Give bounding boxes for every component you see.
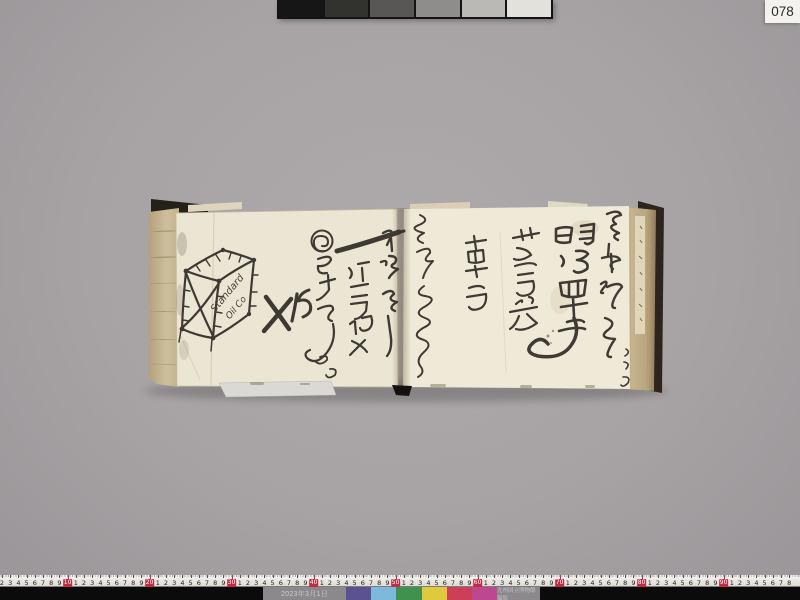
ruler-number: 8	[459, 579, 463, 587]
ruler-number: 9	[303, 579, 307, 587]
ruler-tick	[609, 575, 610, 578]
ruler-number: 8	[787, 579, 791, 587]
ruler-tick	[387, 575, 388, 578]
ruler-number: 8	[295, 579, 299, 587]
ruler-number: 2	[246, 579, 250, 587]
ruler-tick	[715, 575, 716, 578]
ruler-number: 6	[443, 579, 447, 587]
ruler-tick	[174, 575, 175, 578]
ruler-tick	[666, 575, 667, 578]
ruler-number: 4	[180, 579, 184, 587]
right-page	[403, 206, 630, 389]
ruler-number: 9	[467, 579, 471, 587]
ruler-tick	[486, 575, 487, 578]
protruding-slip	[219, 381, 336, 397]
top-sliver-left	[188, 202, 242, 212]
ruler-tick	[617, 575, 618, 578]
ruler-number: 9	[713, 579, 717, 587]
ruler-tick	[437, 575, 438, 578]
ruler-number: 3	[336, 579, 340, 587]
ruler-decade-number: 60	[473, 579, 483, 587]
ruler-tick	[158, 575, 159, 578]
ruler-tick	[346, 575, 347, 578]
ruler-tick	[43, 575, 44, 578]
ruler-tick	[215, 575, 216, 578]
ruler-number: 7	[205, 579, 209, 587]
ruler-number: 9	[631, 579, 635, 587]
ruler-number: 4	[754, 579, 758, 587]
ruler-tick	[273, 575, 274, 578]
ruler-tick	[773, 575, 774, 578]
ruler-tick	[543, 575, 544, 578]
ruler-number: 7	[41, 579, 45, 587]
ruler-tick	[281, 575, 282, 578]
ruler-tick	[404, 575, 405, 578]
color-patch	[472, 587, 497, 600]
inserted-slip-edge	[635, 216, 645, 334]
ruler-tick	[289, 575, 290, 578]
ruler-number: 7	[369, 579, 373, 587]
ruler-number: 9	[221, 579, 225, 587]
ruler-decade-number: 90	[719, 579, 729, 587]
ruler-number: 3	[582, 579, 586, 587]
ruler-number: 2	[738, 579, 742, 587]
ruler-number: 8	[213, 579, 217, 587]
ruler-tick	[207, 575, 208, 578]
ruler-tick	[601, 575, 602, 578]
ruler-number: 6	[689, 579, 693, 587]
ruler-tick	[691, 575, 692, 578]
ruler-number: 1	[648, 579, 652, 587]
ruler-number: 9	[549, 579, 553, 587]
ruler-number: 5	[271, 579, 275, 587]
ruler-tick	[551, 575, 552, 578]
ruler-tick	[338, 575, 339, 578]
ruler-tick	[240, 575, 241, 578]
ruler-number: 2	[328, 579, 332, 587]
ruler-tick	[740, 575, 741, 578]
ruler-tick	[18, 575, 19, 578]
ruler-tick	[199, 575, 200, 578]
ruler-tick	[576, 575, 577, 578]
ruler-number: 3	[664, 579, 668, 587]
ruler-number: 6	[361, 579, 365, 587]
ruler-tick	[461, 575, 462, 578]
ruler-number: 4	[344, 579, 348, 587]
ruler-number: 1	[566, 579, 570, 587]
ruler-tick	[363, 575, 364, 578]
ruler-tick	[650, 575, 651, 578]
ruler-number: 4	[590, 579, 594, 587]
ruler-number: 8	[131, 579, 135, 587]
ruler-number: 2	[164, 579, 168, 587]
ruler-number: 7	[287, 579, 291, 587]
ruler-number: 6	[33, 579, 37, 587]
ruler-number: 7	[615, 579, 619, 587]
ruler-number: 6	[197, 579, 201, 587]
ruler-number: 3	[8, 579, 12, 587]
ruler-number: 2	[492, 579, 496, 587]
ruler-number: 9	[139, 579, 143, 587]
ruler-tick	[781, 575, 782, 578]
book-photo: Standard Oil Co	[0, 0, 800, 600]
color-patch	[396, 587, 421, 600]
ruler-tick	[223, 575, 224, 578]
ruler-tick	[527, 575, 528, 578]
ruler-number: 9	[385, 579, 389, 587]
ruler-number: 7	[779, 579, 783, 587]
ruler-number: 8	[49, 579, 53, 587]
ruler-number: 1	[238, 579, 242, 587]
ruler-tick	[322, 575, 323, 578]
ruler-tick	[453, 575, 454, 578]
ruler-tick	[133, 575, 134, 578]
ruler-number: 1	[402, 579, 406, 587]
ruler-number: 3	[418, 579, 422, 587]
ruler-number: 4	[672, 579, 676, 587]
scale-ruler: 2345678910123456789201234567893012345678…	[0, 575, 800, 587]
ruler-number: 9	[57, 579, 61, 587]
ruler-number: 3	[172, 579, 176, 587]
ruler-number: 5	[107, 579, 111, 587]
ruler-tick	[256, 575, 257, 578]
ruler-tick	[674, 575, 675, 578]
ruler-tick	[92, 575, 93, 578]
ruler-mm-ticks	[0, 575, 800, 577]
ruler-number: 2	[574, 579, 578, 587]
ruler-number: 6	[771, 579, 775, 587]
ruler-decade-number: 10	[63, 579, 73, 587]
ruler-tick	[502, 575, 503, 578]
ruler-tick	[379, 575, 380, 578]
ruler-tick	[428, 575, 429, 578]
ruler-tick	[756, 575, 757, 578]
ruler-number: 5	[25, 579, 29, 587]
ruler-number: 8	[377, 579, 381, 587]
ruler-number: 5	[189, 579, 193, 587]
ruler-tick	[707, 575, 708, 578]
ruler-number: 6	[279, 579, 283, 587]
ruler-tick	[592, 575, 593, 578]
ruler-decade-number: 30	[227, 579, 237, 587]
ruler-tick	[699, 575, 700, 578]
ruler-tick	[10, 575, 11, 578]
ruler-number: 8	[623, 579, 627, 587]
color-patch	[371, 587, 396, 600]
ruler-tick	[765, 575, 766, 578]
ruler-number: 4	[16, 579, 20, 587]
ruler-tick	[535, 575, 536, 578]
ruler-tick	[420, 575, 421, 578]
credit-box: 九州国立博物館 撮影	[497, 587, 540, 600]
ruler-number: 3	[746, 579, 750, 587]
ruler-decade-number: 80	[637, 579, 647, 587]
ruler-number: 3	[254, 579, 258, 587]
capture-date-text: 2023年3月1日	[281, 589, 328, 599]
ruler-tick	[445, 575, 446, 578]
ruler-tick	[51, 575, 52, 578]
ruler-number: 4	[262, 579, 266, 587]
credit-text: 九州国立博物館 撮影	[497, 586, 540, 600]
ruler-number: 2	[656, 579, 660, 587]
ruler-number: 4	[98, 579, 102, 587]
ruler-tick	[166, 575, 167, 578]
ruler-tick	[633, 575, 634, 578]
ruler-tick	[469, 575, 470, 578]
ruler-tick	[494, 575, 495, 578]
ruler-tick	[412, 575, 413, 578]
ruler-tick	[732, 575, 733, 578]
ruler-tick	[2, 575, 3, 578]
ruler-decade-number: 50	[391, 579, 401, 587]
top-sliver-mid	[410, 202, 470, 209]
ruler-number: 4	[426, 579, 430, 587]
ruler-tick	[264, 575, 265, 578]
ruler-number: 1	[484, 579, 488, 587]
ruler-tick	[330, 575, 331, 578]
ruler-tick	[125, 575, 126, 578]
color-patch	[346, 587, 371, 600]
ruler-tick	[305, 575, 306, 578]
ruler-decade-number: 40	[309, 579, 319, 587]
capture-date-box: 2023年3月1日	[263, 587, 346, 600]
color-patch	[422, 587, 447, 600]
ruler-tick	[27, 575, 28, 578]
ruler-number: 1	[320, 579, 324, 587]
ruler-tick	[297, 575, 298, 578]
ruler-tick	[789, 575, 790, 578]
color-patch	[447, 587, 472, 600]
ruler-tick	[625, 575, 626, 578]
ruler-number: 8	[541, 579, 545, 587]
ruler-tick	[371, 575, 372, 578]
ruler-number: 5	[763, 579, 767, 587]
ruler-tick	[191, 575, 192, 578]
ruler-tick	[109, 575, 110, 578]
ruler-decade-number: 70	[555, 579, 565, 587]
ruler-tick	[568, 575, 569, 578]
ruler-tick	[182, 575, 183, 578]
ruler-number: 5	[599, 579, 603, 587]
ruler-tick	[76, 575, 77, 578]
ruler-number: 1	[730, 579, 734, 587]
ruler-number: 7	[451, 579, 455, 587]
ruler-tick	[355, 575, 356, 578]
ruler-number: 8	[705, 579, 709, 587]
ruler-number: 2	[82, 579, 86, 587]
ruler-tick	[117, 575, 118, 578]
ruler-number: 6	[607, 579, 611, 587]
ruler-number: 7	[123, 579, 127, 587]
ruler-number: 6	[115, 579, 119, 587]
ruler-tick	[59, 575, 60, 578]
ruler-tick	[510, 575, 511, 578]
left-page-stack	[149, 208, 179, 387]
ruler-tick	[141, 575, 142, 578]
ruler-number: 2	[410, 579, 414, 587]
color-calibration-bar	[346, 587, 497, 600]
ruler-number: 5	[435, 579, 439, 587]
ruler-tick	[748, 575, 749, 578]
ruler-tick	[683, 575, 684, 578]
ruler-number: 3	[90, 579, 94, 587]
bottom-info-strip: 2023年3月1日 九州国立博物館 撮影	[0, 587, 800, 600]
ruler-tick	[519, 575, 520, 578]
ruler-number: 5	[681, 579, 685, 587]
ruler-decade-number: 20	[145, 579, 155, 587]
ruler-tick	[100, 575, 101, 578]
ruler-number: 1	[74, 579, 78, 587]
ruler-number: 5	[353, 579, 357, 587]
ruler-tick	[84, 575, 85, 578]
ruler-tick	[658, 575, 659, 578]
ruler-number: 2	[0, 579, 4, 587]
ruler-tick	[584, 575, 585, 578]
ruler-number: 7	[697, 579, 701, 587]
ruler-tick	[35, 575, 36, 578]
ruler-tick	[248, 575, 249, 578]
ruler-number: 1	[156, 579, 160, 587]
